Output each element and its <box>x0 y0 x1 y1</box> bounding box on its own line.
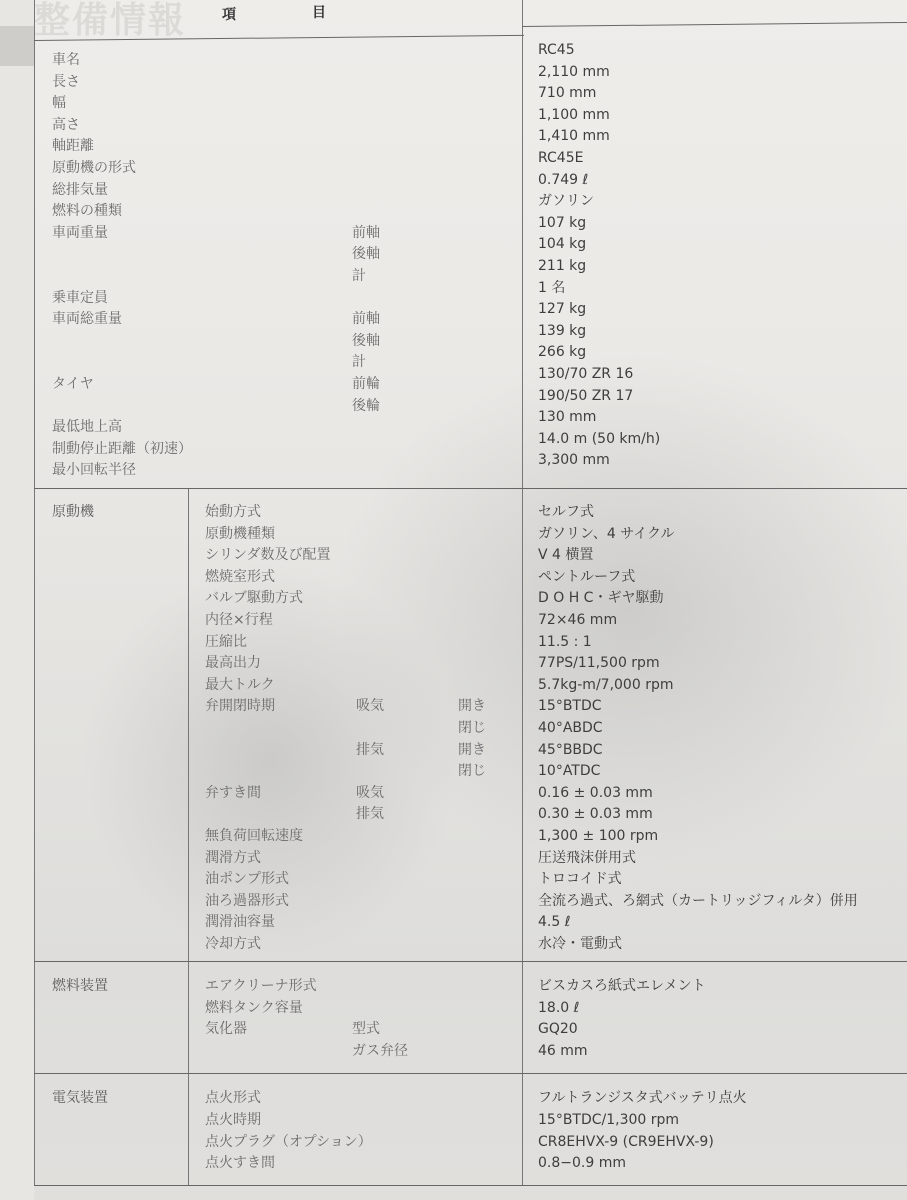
spec-sublabel: 排気 <box>356 804 384 824</box>
spec-sublabel: 型式 <box>352 1019 380 1039</box>
spec-value: RC45E <box>538 148 583 168</box>
spec-value: 1 名 <box>538 278 565 298</box>
spec-label: 燃焼室形式 <box>205 567 275 587</box>
spec-label: 最大トルク <box>205 675 275 695</box>
spec-value: 10°ATDC <box>538 761 600 781</box>
spec-value: 130/70 ZR 16 <box>538 364 633 384</box>
spec-value: RC45 <box>538 40 575 60</box>
spec-label: 軸距離 <box>52 136 94 156</box>
section-divider <box>34 1073 907 1074</box>
category-column-divider <box>188 489 189 1186</box>
spec-value: V 4 横置 <box>538 545 593 565</box>
spec-value: 圧送飛沫併用式 <box>538 848 636 868</box>
spec-value: 14.0 m (50 km/h) <box>538 429 660 449</box>
spec-label: 点火時期 <box>205 1110 261 1130</box>
spec-value: 5.7kg-m/7,000 rpm <box>538 675 673 695</box>
spec-label: タイヤ <box>52 374 94 394</box>
spec-value: 266 kg <box>538 342 586 362</box>
table-left-border <box>34 0 35 1186</box>
spec-sublabel: 吸気 <box>356 783 384 803</box>
spec-label: エアクリーナ形式 <box>205 976 317 996</box>
spec-label: 制動停止距離（初速） <box>52 439 192 459</box>
spec-sublabel-2: 閉じ <box>458 761 486 781</box>
spec-sublabel-2: 開き <box>458 740 486 760</box>
section-divider <box>34 488 907 489</box>
spec-label: 高さ <box>52 115 80 135</box>
spec-value: 104 kg <box>538 234 586 254</box>
spec-label: シリンダ数及び配置 <box>205 545 330 565</box>
spec-value: 3,300 mm <box>538 450 610 470</box>
header-item-label: 項 <box>222 4 236 24</box>
spec-label: 幅 <box>52 93 66 113</box>
spec-label: 内径×行程 <box>205 610 273 630</box>
spec-value: 130 mm <box>538 407 596 427</box>
section-title-engine: 原動機 <box>52 502 94 522</box>
spec-label: 燃料タンク容量 <box>205 998 303 1018</box>
spec-value: 15°BTDC <box>538 696 602 716</box>
spec-label: 最低地上高 <box>52 417 122 437</box>
spec-value: 1,300 ± 100 rpm <box>538 826 658 846</box>
spec-label: 油ろ過器形式 <box>205 891 289 911</box>
spec-value: 211 kg <box>538 256 586 276</box>
spec-value: セルフ式 <box>538 502 594 522</box>
spec-sublabel: 前軸 <box>352 309 380 329</box>
spec-value: 0.16 ± 0.03 mm <box>538 783 653 803</box>
spec-value: 水冷・電動式 <box>538 934 622 954</box>
spec-sublabel: 吸気 <box>356 696 384 716</box>
spec-sublabel-2: 閉じ <box>458 718 486 738</box>
spec-value: 710 mm <box>538 83 596 103</box>
spec-label: 長さ <box>52 72 80 92</box>
spec-value: トロコイド式 <box>538 869 622 889</box>
spec-sublabel: 後軸 <box>352 331 380 351</box>
spec-label: 点火プラグ（オプション） <box>205 1132 372 1152</box>
spec-value: 0.8−0.9 mm <box>538 1153 626 1173</box>
header-underline-right <box>522 22 907 27</box>
spec-label: 油ポンプ形式 <box>205 869 289 889</box>
spec-label: 車名 <box>52 50 80 70</box>
spec-label: 潤滑方式 <box>205 848 261 868</box>
spec-value: 46 mm <box>538 1041 588 1061</box>
spec-value: 190/50 ZR 17 <box>538 386 633 406</box>
value-column-divider <box>522 0 523 1186</box>
spec-label: 最小回転半径 <box>52 460 136 480</box>
header-item-label: 目 <box>312 2 326 22</box>
spec-sublabel: ガス弁径 <box>352 1041 408 1061</box>
spec-label: 圧縮比 <box>205 632 247 652</box>
spec-label: バルブ駆動方式 <box>205 588 303 608</box>
spec-label: 車両総重量 <box>52 309 122 329</box>
section-title-fuel: 燃料装置 <box>52 976 108 996</box>
spec-label: 乗車定員 <box>52 288 108 308</box>
spec-label: 原動機種類 <box>205 524 275 544</box>
spec-sublabel: 排気 <box>356 740 384 760</box>
spec-label: 点火すき間 <box>205 1153 275 1173</box>
spec-value: 45°BBDC <box>538 740 603 760</box>
spec-value: 18.0 ℓ <box>538 998 579 1018</box>
show-through-title: 整備情報 <box>34 0 186 43</box>
spec-value: D O H C・ギヤ駆動 <box>538 588 663 608</box>
table-bottom-border <box>34 1185 907 1186</box>
document-page: 整備情報 項 目 車名RC45長さ2,110 mm幅710 mm高さ1,100 … <box>0 0 907 1200</box>
spec-value: ガソリン、4 サイクル <box>538 524 675 544</box>
section-title-electric: 電気装置 <box>52 1088 108 1108</box>
spec-value: 107 kg <box>538 213 586 233</box>
spec-value: 0.749 ℓ <box>538 170 588 190</box>
spec-sublabel: 前軸 <box>352 223 380 243</box>
spec-label: 潤滑油容量 <box>205 912 275 932</box>
spec-label: 弁開閉時期 <box>205 696 275 716</box>
spec-value: 77PS/11,500 rpm <box>538 653 660 673</box>
section-divider <box>34 961 907 962</box>
spec-sublabel: 計 <box>352 266 366 286</box>
spec-value: 40°ABDC <box>538 718 603 738</box>
spec-value: 15°BTDC/1,300 rpm <box>538 1110 679 1130</box>
spec-sublabel: 後軸 <box>352 244 380 264</box>
spec-value: 1,410 mm <box>538 126 610 146</box>
spec-value: 72×46 mm <box>538 610 617 630</box>
spec-value: 127 kg <box>538 299 586 319</box>
spec-label: 原動機の形式 <box>52 158 136 178</box>
spec-label: 冷却方式 <box>205 934 261 954</box>
spec-label: 最高出力 <box>205 653 261 673</box>
spec-value: GQ20 <box>538 1019 578 1039</box>
spec-label: 無負荷回転速度 <box>205 826 303 846</box>
page-margin <box>0 0 34 1200</box>
spec-value: 4.5 ℓ <box>538 912 571 932</box>
spec-value: 0.30 ± 0.03 mm <box>538 804 653 824</box>
spec-value: ペントルーフ式 <box>538 567 635 587</box>
spec-sublabel: 前輪 <box>352 374 380 394</box>
spec-label: 弁すき間 <box>205 783 261 803</box>
spec-value: ガソリン <box>538 191 594 211</box>
spec-value: 2,110 mm <box>538 62 610 82</box>
spec-label: 気化器 <box>205 1019 247 1039</box>
spec-sublabel: 後輪 <box>352 396 380 416</box>
spec-value: フルトランジスタ式バッテリ点火 <box>538 1088 747 1108</box>
spec-sublabel: 計 <box>352 352 366 372</box>
spec-label: 総排気量 <box>52 180 108 200</box>
spec-label: 燃料の種類 <box>52 201 122 221</box>
spec-label: 始動方式 <box>205 502 261 522</box>
spec-value: 139 kg <box>538 321 586 341</box>
spec-value: CR8EHVX-9 (CR9EHVX-9) <box>538 1132 714 1152</box>
spec-label: 点火形式 <box>205 1088 261 1108</box>
spec-value: ビスカスろ紙式エレメント <box>538 976 706 996</box>
spec-label: 車両重量 <box>52 223 108 243</box>
spec-value: 全流ろ過式、ろ網式（カートリッジフィルタ）併用 <box>538 891 858 911</box>
spec-value: 11.5 : 1 <box>538 632 592 652</box>
spec-sublabel-2: 開き <box>458 696 486 716</box>
spec-value: 1,100 mm <box>538 105 610 125</box>
